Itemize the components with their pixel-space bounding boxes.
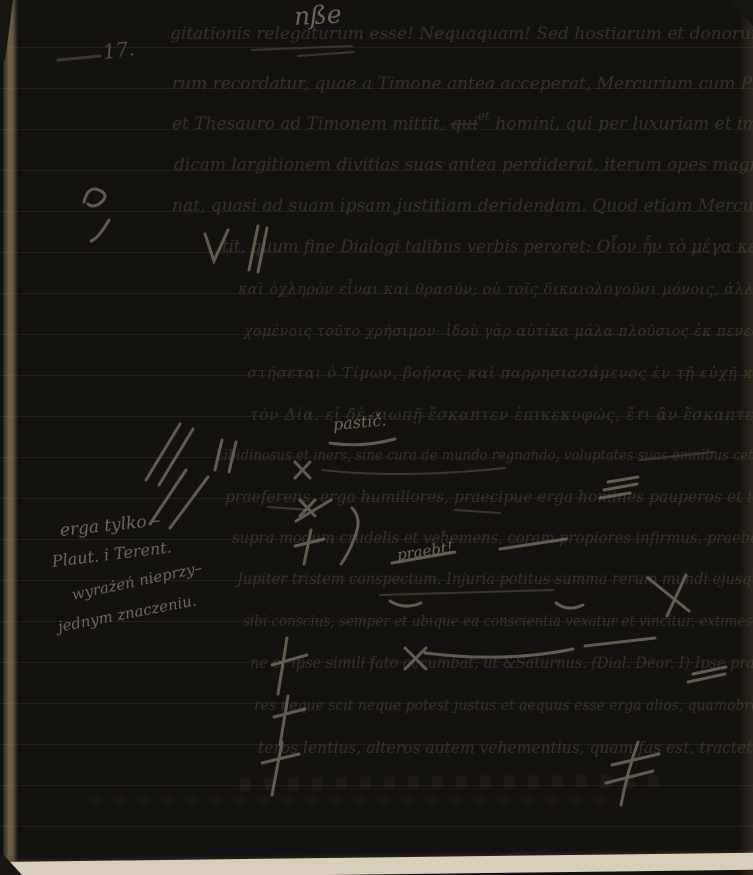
pencil-ones-mark (215, 440, 236, 472)
pencil-crossed-f-mark (606, 742, 659, 805)
pencil-smile-mark (556, 603, 583, 608)
ink-underline-relegaturum-esse (252, 46, 352, 50)
pencil-double-dash (688, 667, 726, 682)
pencil-underline-pastic (330, 439, 395, 445)
page-fold-edge (3, 0, 18, 875)
ink-underline-cura-de-mundo (322, 468, 505, 474)
pencil-cross-mark (274, 696, 305, 745)
pencil-x-over-ut (405, 648, 426, 669)
ink-underline-erga (268, 507, 310, 510)
pencil-triple-dash (600, 477, 638, 498)
pencil-slash (91, 220, 109, 241)
pencil-strike-praebt (392, 539, 566, 563)
pencil-cross-mark (272, 638, 307, 694)
pencil-marks-overlay (0, 0, 753, 875)
pencil-squiggle-a (84, 189, 105, 206)
pencil-double-slash (146, 424, 193, 485)
manuscript-page: 17. nße gitationis relegaturum esse! Neq… (0, 0, 753, 875)
pencil-brace-stroke (341, 508, 358, 564)
ink-underline-ceteris (640, 452, 714, 460)
pencil-check-v (205, 230, 228, 261)
ink-underline-esse (298, 52, 354, 56)
ink-underline-erga-homines (455, 510, 500, 513)
pencil-swoosh-under-line15 (425, 638, 655, 657)
pencil-cross-mark (262, 742, 299, 795)
pencil-x-over-mundi (648, 575, 689, 616)
pencil-dash-top-left (58, 56, 100, 60)
ink-underline-conspectum (380, 590, 553, 595)
pencil-cross-mark (295, 530, 324, 564)
page-right-shadow (739, 0, 753, 875)
pencil-smile-mark (390, 601, 421, 606)
pencil-double-slash (150, 470, 208, 528)
pencil-strike-fine (249, 226, 267, 272)
pencil-x-mark (295, 462, 310, 478)
